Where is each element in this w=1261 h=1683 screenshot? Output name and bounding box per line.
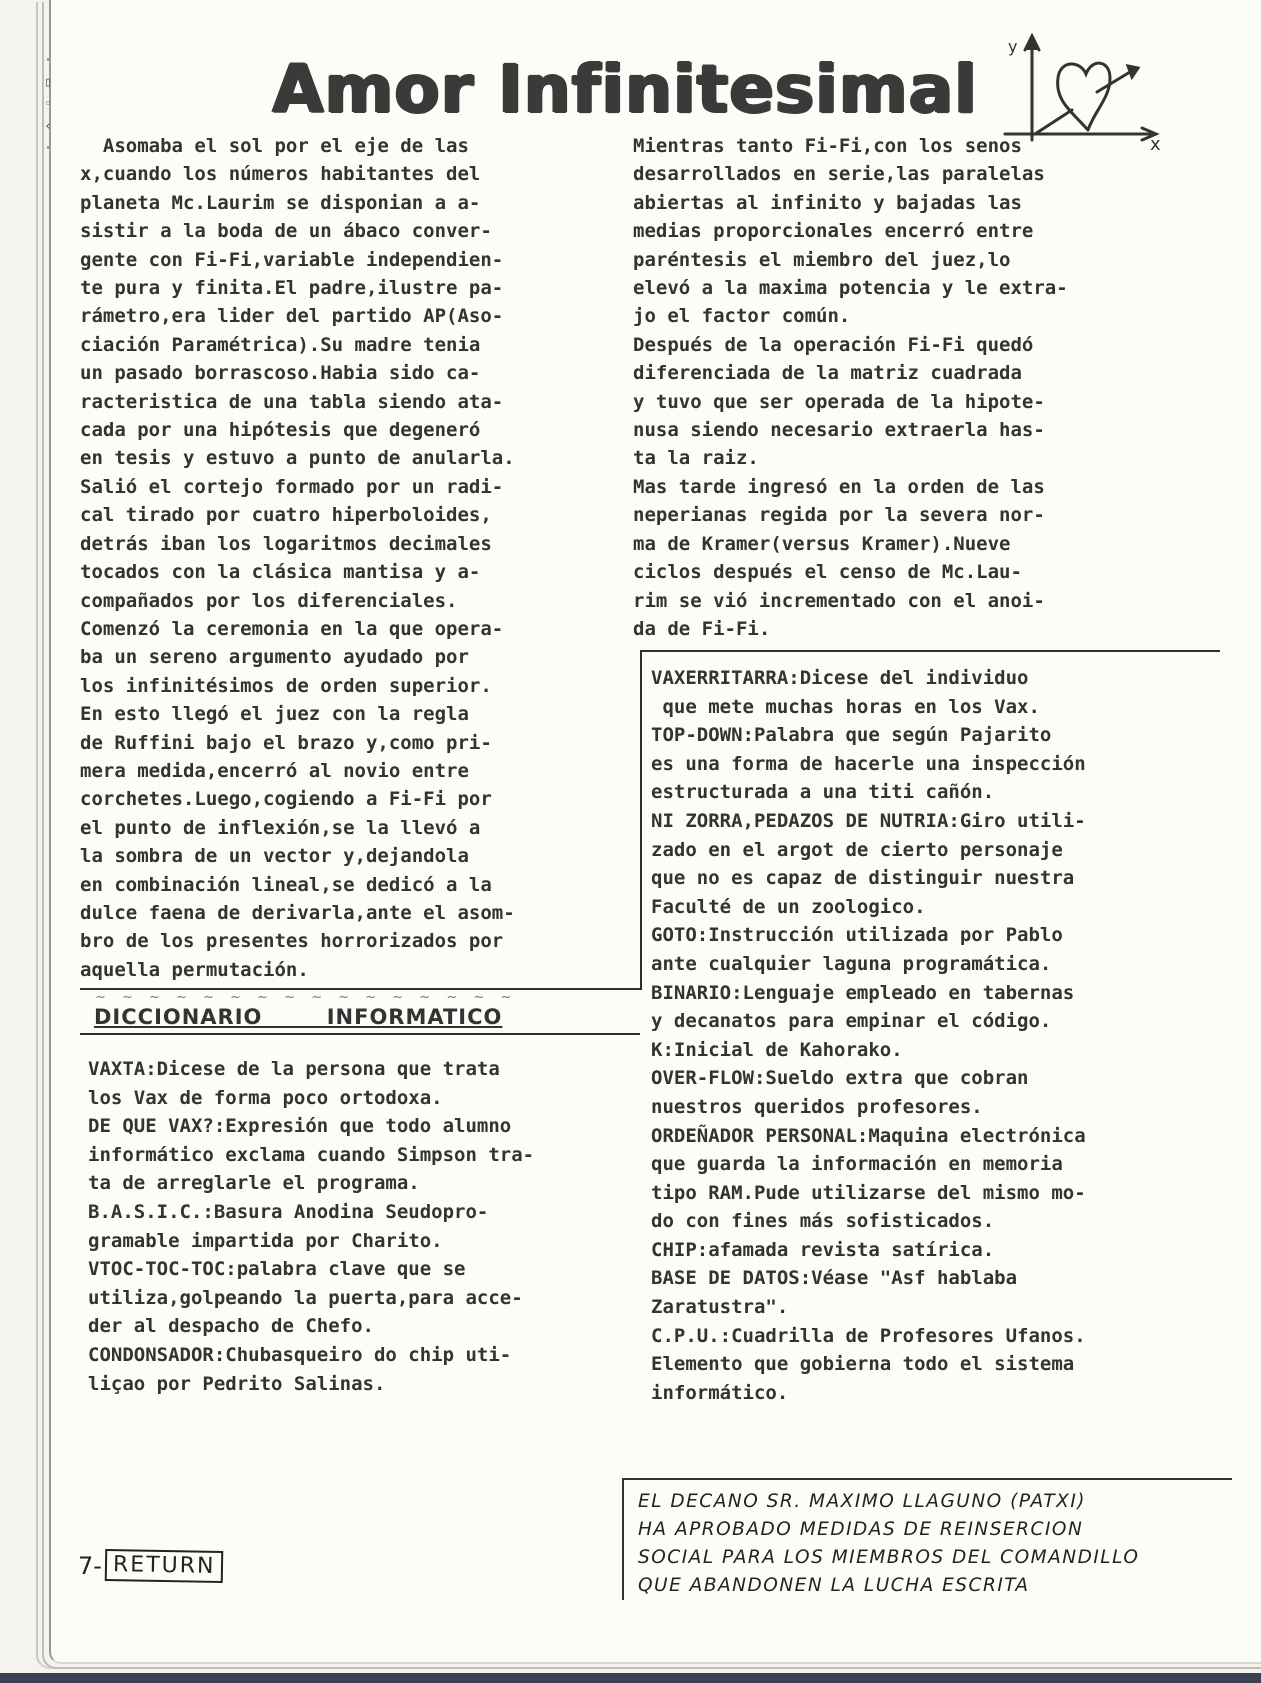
text-line: los infinitésimos de orden superior. <box>80 672 515 700</box>
dictionary-entry-line: Faculté de un zoologico. <box>651 893 1086 922</box>
note-line: QUE ABANDONEN LA LUCHA ESCRITA <box>638 1572 1139 1600</box>
text-line: Después de la operación Fi-Fi quedó <box>633 331 1068 359</box>
article-right-column: Mientras tanto Fi-Fi,con los senosdesarr… <box>633 132 1068 643</box>
dictionary-entry-line: utiliza,golpeando la puerta,para acce- <box>88 1284 534 1313</box>
divider-vertical <box>640 650 642 990</box>
svg-text:x: x <box>1150 134 1161 150</box>
dictionary-entry-line: ante cualquier laguna programática. <box>651 950 1086 979</box>
dictionary-entry-line: K:Inicial de Kahorako. <box>651 1036 1086 1065</box>
dictionary-entry-line: BINARIO:Lenguaje empleado en tabernas <box>651 979 1086 1008</box>
dictionary-entry-line: BASE DE DATOS:Véase "Asf hablaba <box>651 1264 1086 1293</box>
note-line: EL DECANO SR. MAXIMO LLAGUNO (PATXI) <box>638 1488 1139 1516</box>
dictionary-entry-line: informático exclama cuando Simpson tra- <box>88 1141 534 1170</box>
dictionary-entry-line: informático. <box>651 1379 1086 1408</box>
text-line: elevó a la maxima potencia y le extra- <box>633 274 1068 302</box>
return-label: RETURN <box>105 1549 224 1583</box>
text-line: rim se vió incrementado con el anoi- <box>633 587 1068 615</box>
dictionary-entry-line: TOP-DOWN:Palabra que según Pajarito <box>651 721 1086 750</box>
handwritten-scribble: ~ ~ ~ ~ ~ ~ ~ ~ ~ ~ ~ ~ ~ ~ ~ ~ <box>95 990 615 1006</box>
text-line: tocados con la clásica mantisa y a- <box>80 558 515 586</box>
text-line: gente con Fi-Fi,variable independien- <box>80 246 515 274</box>
text-line: ciación Paramétrica).Su madre tenia <box>80 331 515 359</box>
text-line: racteristica de una tabla siendo ata- <box>80 388 515 416</box>
dictionary-entry-line: DE QUE VAX?:Expresión que todo alumno <box>88 1112 534 1141</box>
text-line: cada por una hipótesis que degeneró <box>80 416 515 444</box>
dictionary-entry-line: VAXTA:Dicese de la persona que trata <box>88 1055 534 1084</box>
page-footer: 7- RETURN <box>78 1550 223 1582</box>
dictionary-entry-line: der al despacho de Chefo. <box>88 1312 534 1341</box>
page-title: Amor Infinitesimal <box>272 50 977 130</box>
dictionary-entry-line: B.A.S.I.C.:Basura Anodina Seudopro- <box>88 1198 534 1227</box>
text-line: Comenzó la ceremonia en la que opera- <box>80 615 515 643</box>
text-line: sistir a la boda de un ábaco conver- <box>80 217 515 245</box>
text-line: aquella permutación. <box>80 956 515 984</box>
text-line: ma de Kramer(versus Kramer).Nueve <box>633 530 1068 558</box>
text-line: medias proporcionales encerró entre <box>633 217 1068 245</box>
text-line: mera medida,encerró al novio entre <box>80 757 515 785</box>
dictionary-entry-line: que no es capaz de distinguir nuestra <box>651 864 1086 893</box>
dictionary-entry-line: que guarda la información en memoria <box>651 1150 1086 1179</box>
article-left-column: Asomaba el sol por el eje de lasx,cuando… <box>80 132 515 984</box>
text-line: ta la raiz. <box>633 444 1068 472</box>
dictionary-entry-line: Zaratustra". <box>651 1293 1086 1322</box>
dictionary-entry-line: ORDEÑADOR PERSONAL:Maquina electrónica <box>651 1122 1086 1151</box>
dictionary-entry-line: C.P.U.:Cuadrilla de Profesores Ufanos. <box>651 1322 1086 1351</box>
note-line: SOCIAL PARA LOS MIEMBROS DEL COMANDILLO <box>638 1544 1139 1572</box>
bleed-through-marks: ·▯◦‹· <box>42 50 54 160</box>
divider-horizontal-right <box>640 650 1220 652</box>
text-line: paréntesis el miembro del juez,lo <box>633 246 1068 274</box>
text-line: dulce faena de derivarla,ante el asom- <box>80 899 515 927</box>
text-line: Salió el cortejo formado por un radi- <box>80 473 515 501</box>
text-line: bro de los presentes horrorizados por <box>80 927 515 955</box>
dictionary-heading-rule <box>80 1033 640 1035</box>
dictionary-entry-line: ta de arreglarle el programa. <box>88 1169 534 1198</box>
text-line: en tesis y estuvo a punto de anularla. <box>80 444 515 472</box>
text-line: abiertas al infinito y bajadas las <box>633 189 1068 217</box>
dictionary-entry-line: VTOC-TOC-TOC:palabra clave que se <box>88 1255 534 1284</box>
text-line: y tuvo que ser operada de la hipote- <box>633 388 1068 416</box>
page-number: 7- <box>78 1552 102 1580</box>
text-line: el punto de inflexión,se la llevó a <box>80 814 515 842</box>
text-line: planeta Mc.Laurim se disponian a a- <box>80 189 515 217</box>
text-line: cal tirado por cuatro hiperboloides, <box>80 501 515 529</box>
text-line: Mas tarde ingresó en la orden de las <box>633 473 1068 501</box>
dictionary-entry-line: CHIP:afamada revista satírica. <box>651 1236 1086 1265</box>
text-line: ciclos después el censo de Mc.Lau- <box>633 558 1068 586</box>
text-line: de Ruffini bajo el brazo y,como pri- <box>80 729 515 757</box>
text-line: te pura y finita.El padre,ilustre pa- <box>80 274 515 302</box>
text-line: x,cuando los números habitantes del <box>80 160 515 188</box>
text-line: nusa siendo necesario extraerla has- <box>633 416 1068 444</box>
text-line: jo el factor común. <box>633 302 1068 330</box>
dictionary-entry-line: OVER-FLOW:Sueldo extra que cobran <box>651 1064 1086 1093</box>
text-line: rámetro,era lider del partido AP(Aso- <box>80 302 515 330</box>
svg-text:y: y <box>1008 37 1017 56</box>
text-line: detrás iban los logaritmos decimales <box>80 530 515 558</box>
text-line: desarrollados en serie,las paralelas <box>633 160 1068 188</box>
dictionary-heading: DICCIONARIO INFORMATICO <box>94 1005 604 1029</box>
dictionary-entry-line: nuestros queridos profesores. <box>651 1093 1086 1122</box>
dictionary-entry-line: do con fines más sofisticados. <box>651 1207 1086 1236</box>
dictionary-entry-line: GOTO:Instrucción utilizada por Pablo <box>651 921 1086 950</box>
dictionary-entry-line: gramable impartida por Charito. <box>88 1227 534 1256</box>
dictionary-entry-line: estructurada a una titi cañón. <box>651 778 1086 807</box>
dictionary-entry-line: que mete muchas horas en los Vax. <box>651 693 1086 722</box>
text-line: neperianas regida por la severa nor- <box>633 501 1068 529</box>
dictionary-entry-line: VAXERRITARRA:Dicese del individuo <box>651 664 1086 693</box>
scan-bottom-edge <box>0 1673 1261 1683</box>
dictionary-left-entries: VAXTA:Dicese de la persona que tratalos … <box>88 1055 534 1398</box>
note-line: HA APROBADO MEDIDAS DE REINSERCION <box>638 1516 1139 1544</box>
text-line: corchetes.Luego,cogiendo a Fi-Fi por <box>80 785 515 813</box>
text-line: un pasado borrascoso.Habia sido ca- <box>80 359 515 387</box>
text-line: en combinación lineal,se dedicó a la <box>80 871 515 899</box>
text-line: Mientras tanto Fi-Fi,con los senos <box>633 132 1068 160</box>
dictionary-entry-line: tipo RAM.Pude utilizarse del mismo mo- <box>651 1179 1086 1208</box>
text-line: Asomaba el sol por el eje de las <box>80 132 515 160</box>
text-line: da de Fi-Fi. <box>633 615 1068 643</box>
dictionary-entry-line: y decanatos para empinar el código. <box>651 1007 1086 1036</box>
dictionary-entry-line: zado en el argot de cierto personaje <box>651 836 1086 865</box>
dictionary-entry-line: CONDONSADOR:Chubasqueiro do chip uti- <box>88 1341 534 1370</box>
dictionary-entry-line: Elemento que gobierna todo el sistema <box>651 1350 1086 1379</box>
text-line: compañados por los diferenciales. <box>80 587 515 615</box>
dictionary-right-entries: VAXERRITARRA:Dicese del individuo que me… <box>651 664 1086 1407</box>
text-line: En esto llegó el juez con la regla <box>80 700 515 728</box>
text-line: la sombra de un vector y,dejandola <box>80 842 515 870</box>
dictionary-entry-line: NI ZORRA,PEDAZOS DE NUTRIA:Giro utili- <box>651 807 1086 836</box>
handwritten-note-box: EL DECANO SR. MAXIMO LLAGUNO (PATXI)HA A… <box>622 1478 1232 1600</box>
dictionary-entry-line: es una forma de hacerle una inspección <box>651 750 1086 779</box>
dictionary-entry-line: liçao por Pedrito Salinas. <box>88 1370 534 1399</box>
text-line: diferenciada de la matriz cuadrada <box>633 359 1068 387</box>
text-line: ba un sereno argumento ayudado por <box>80 643 515 671</box>
handwritten-note: EL DECANO SR. MAXIMO LLAGUNO (PATXI)HA A… <box>638 1488 1139 1600</box>
dictionary-entry-line: los Vax de forma poco ortodoxa. <box>88 1084 534 1113</box>
